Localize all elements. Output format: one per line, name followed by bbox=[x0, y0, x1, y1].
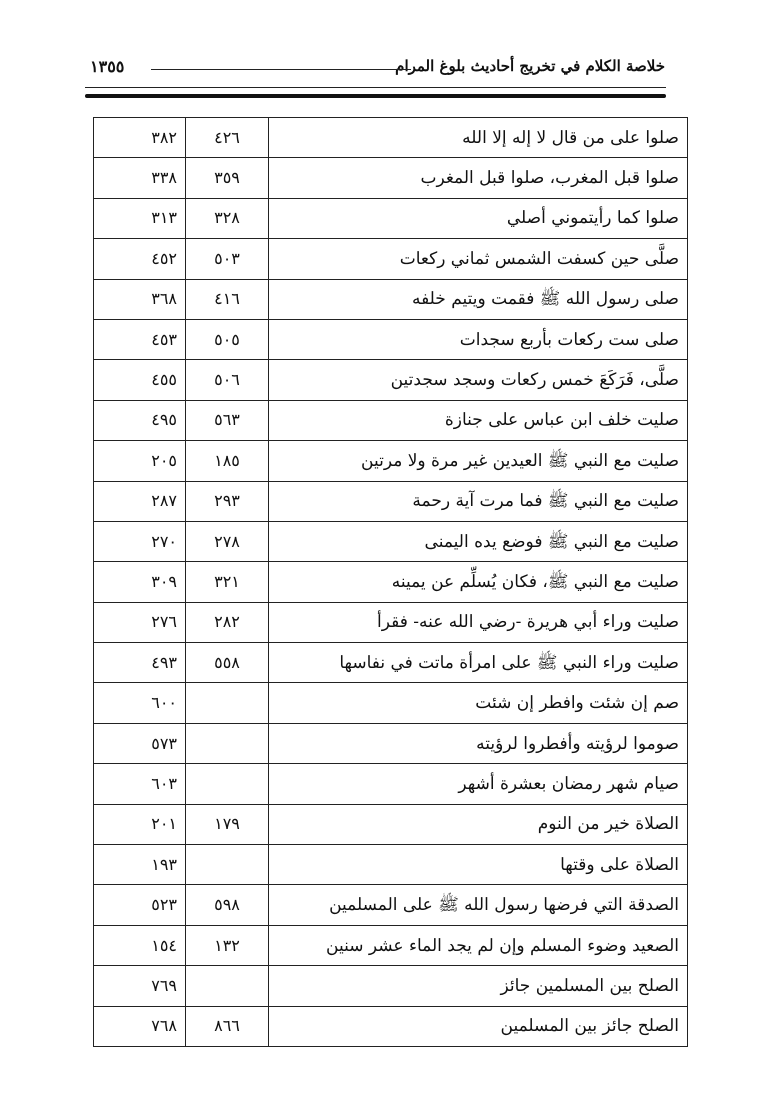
number-1-value: ٥٠٦ bbox=[214, 370, 240, 390]
table-row: الصلح جائز بين المسلمين٨٦٦٧٦٨ bbox=[94, 1006, 688, 1046]
table-row: صلى رسول الله ﷺ فقمت ويتيم خلفه٤١٦٣٦٨ bbox=[94, 279, 688, 319]
number-cell-1 bbox=[186, 845, 269, 885]
hadith-text-cell: صوموا لرؤيته وأفطروا لرؤيته bbox=[269, 723, 688, 763]
number-cell-1: ٥٠٥ bbox=[186, 319, 269, 359]
number-cell-1: ٢٨٢ bbox=[186, 602, 269, 642]
hadith-text-cell: الصلح جائز بين المسلمين bbox=[269, 1006, 688, 1046]
number-1-value: ٣٢٨ bbox=[214, 208, 240, 228]
number-cell-2: ٣٨٢ bbox=[94, 118, 186, 158]
number-cell-2: ٤٩٥ bbox=[94, 400, 186, 440]
header-rule-thin bbox=[85, 87, 666, 88]
table-row: صلَّى، فَرَكَعَ خمس ركعات وسجد سجدتين٥٠٦… bbox=[94, 360, 688, 400]
hadith-text-cell: صليت وراء أبي هريرة -رضي الله عنه- فقرأ bbox=[269, 602, 688, 642]
number-cell-1: ١٨٥ bbox=[186, 441, 269, 481]
hadith-text-cell: صليت مع النبي ﷺ العيدين غير مرة ولا مرتي… bbox=[269, 441, 688, 481]
number-cell-2: ٥٢٣ bbox=[94, 885, 186, 925]
book-title: خلاصة الكلام في تخريج أحاديث بلوغ المرام bbox=[395, 54, 665, 78]
number-1-value: ٤٢٦ bbox=[214, 128, 240, 148]
table-row: صلوا على من قال لا إله إلا الله٤٢٦٣٨٢ bbox=[94, 118, 688, 158]
hadith-text-cell: صليت خلف ابن عباس على جنازة bbox=[269, 400, 688, 440]
hadith-text-cell: صليت مع النبي ﷺ فما مرت آية رحمة bbox=[269, 481, 688, 521]
number-1-value: ٥٠٣ bbox=[214, 249, 240, 269]
number-2-value: ٤٩٥ bbox=[151, 410, 177, 430]
table-row: صليت مع النبي ﷺ العيدين غير مرة ولا مرتي… bbox=[94, 441, 688, 481]
table-row: صليت مع النبي ﷺ فوضع يده اليمنى٢٧٨٢٧٠ bbox=[94, 521, 688, 561]
number-1-value: ٥٩٨ bbox=[214, 895, 240, 915]
number-cell-1: ١٧٩ bbox=[186, 804, 269, 844]
table-row: الصدقة التي فرضها رسول الله ﷺ على المسلم… bbox=[94, 885, 688, 925]
number-2-value: ٥٧٣ bbox=[151, 734, 177, 754]
number-1-value: ١٧٩ bbox=[214, 814, 240, 834]
hadith-text-cell: صلَّى حين كسفت الشمس ثماني ركعات bbox=[269, 239, 688, 279]
table-row: الصعيد وضوء المسلم وإن لم يجد الماء عشر … bbox=[94, 925, 688, 965]
hadith-text-cell: الصلاة خير من النوم bbox=[269, 804, 688, 844]
hadith-text-cell: صلى رسول الله ﷺ فقمت ويتيم خلفه bbox=[269, 279, 688, 319]
number-1-value: ١٣٢ bbox=[214, 936, 240, 956]
hadith-text-cell: صليت وراء النبي ﷺ على امرأة ماتت في نفاس… bbox=[269, 643, 688, 683]
number-cell-1 bbox=[186, 966, 269, 1006]
number-2-value: ٢٠٥ bbox=[151, 451, 177, 471]
number-2-value: ٢٠١ bbox=[151, 814, 177, 834]
number-cell-2: ٣٠٩ bbox=[94, 562, 186, 602]
number-cell-2: ٧٦٨ bbox=[94, 1006, 186, 1046]
number-1-value: ٣٥٩ bbox=[214, 168, 240, 188]
number-cell-1: ٣٥٩ bbox=[186, 158, 269, 198]
number-2-value: ٣٣٨ bbox=[151, 168, 177, 188]
number-1-value: ٣٢١ bbox=[214, 572, 240, 592]
number-2-value: ٢٨٧ bbox=[151, 491, 177, 511]
number-cell-2: ٤٥٣ bbox=[94, 319, 186, 359]
number-cell-2: ٢٧٠ bbox=[94, 521, 186, 561]
table-row: صليت مع النبي ﷺ فما مرت آية رحمة٢٩٣٢٨٧ bbox=[94, 481, 688, 521]
number-cell-2: ١٥٤ bbox=[94, 925, 186, 965]
number-cell-1: ٤١٦ bbox=[186, 279, 269, 319]
number-cell-1: ٥٩٨ bbox=[186, 885, 269, 925]
number-1-value: ٨٦٦ bbox=[214, 1016, 240, 1036]
hadith-text-cell: صلَّى، فَرَكَعَ خمس ركعات وسجد سجدتين bbox=[269, 360, 688, 400]
number-2-value: ٥٢٣ bbox=[151, 895, 177, 915]
number-1-value: ٥٥٨ bbox=[214, 653, 240, 673]
table-row: الصلح بين المسلمين جائز٧٦٩ bbox=[94, 966, 688, 1006]
number-1-value: ١٨٥ bbox=[214, 451, 240, 471]
hadith-text-cell: صلوا قبل المغرب، صلوا قبل المغرب bbox=[269, 158, 688, 198]
number-cell-2: ٧٦٩ bbox=[94, 966, 186, 1006]
number-2-value: ١٥٤ bbox=[151, 936, 177, 956]
number-1-value: ٥٦٣ bbox=[214, 410, 240, 430]
number-2-value: ٤٥٥ bbox=[151, 370, 177, 390]
number-cell-2: ٢٧٦ bbox=[94, 602, 186, 642]
number-cell-1: ٢٧٨ bbox=[186, 521, 269, 561]
number-cell-2: ٤٩٣ bbox=[94, 643, 186, 683]
table-row: صيام شهر رمضان بعشرة أشهر٦٠٣ bbox=[94, 764, 688, 804]
number-2-value: ٢٧٦ bbox=[151, 612, 177, 632]
number-cell-1: ٥٠٣ bbox=[186, 239, 269, 279]
hadith-text-cell: صم إن شئت وافطر إن شئت bbox=[269, 683, 688, 723]
number-2-value: ٦٠٣ bbox=[151, 774, 177, 794]
number-cell-2: ١٩٣ bbox=[94, 845, 186, 885]
page-number: ١٣٥٥ bbox=[90, 56, 124, 78]
table-row: صم إن شئت وافطر إن شئت٦٠٠ bbox=[94, 683, 688, 723]
table-row: الصلاة خير من النوم١٧٩٢٠١ bbox=[94, 804, 688, 844]
hadith-text-cell: الصدقة التي فرضها رسول الله ﷺ على المسلم… bbox=[269, 885, 688, 925]
table-row: صلوا كما رأيتموني أصلي٣٢٨٣١٣ bbox=[94, 198, 688, 238]
table-row: الصلاة على وقتها١٩٣ bbox=[94, 845, 688, 885]
number-1-value: ٤١٦ bbox=[214, 289, 240, 309]
number-cell-1: ٣٢١ bbox=[186, 562, 269, 602]
hadith-text-cell: الصلح بين المسلمين جائز bbox=[269, 966, 688, 1006]
number-cell-1: ٥٠٦ bbox=[186, 360, 269, 400]
number-cell-1 bbox=[186, 764, 269, 804]
number-cell-2: ٦٠٣ bbox=[94, 764, 186, 804]
hadith-text-cell: صليت مع النبي ﷺ، فكان يُسلِّم عن يمينه bbox=[269, 562, 688, 602]
number-2-value: ٤٥٣ bbox=[151, 330, 177, 350]
number-cell-2: ٦٠٠ bbox=[94, 683, 186, 723]
number-2-value: ٦٠٠ bbox=[151, 693, 177, 713]
number-cell-1: ١٣٢ bbox=[186, 925, 269, 965]
number-2-value: ٣٠٩ bbox=[151, 572, 177, 592]
hadith-index-table: صلوا على من قال لا إله إلا الله٤٢٦٣٨٢صلو… bbox=[93, 117, 688, 1047]
number-cell-2: ٣١٣ bbox=[94, 198, 186, 238]
hadith-text-cell: الصلاة على وقتها bbox=[269, 845, 688, 885]
hadith-text-cell: صلوا كما رأيتموني أصلي bbox=[269, 198, 688, 238]
hadith-text-cell: صليت مع النبي ﷺ فوضع يده اليمنى bbox=[269, 521, 688, 561]
header-leader-rule bbox=[151, 69, 411, 70]
hadith-text-cell: صلوا على من قال لا إله إلا الله bbox=[269, 118, 688, 158]
number-1-value: ٢٧٨ bbox=[214, 532, 240, 552]
number-cell-2: ٥٧٣ bbox=[94, 723, 186, 763]
number-cell-2: ٤٥٢ bbox=[94, 239, 186, 279]
table-row: صليت مع النبي ﷺ، فكان يُسلِّم عن يمينه٣٢… bbox=[94, 562, 688, 602]
table-row: صليت وراء أبي هريرة -رضي الله عنه- فقرأ٢… bbox=[94, 602, 688, 642]
number-cell-1: ٨٦٦ bbox=[186, 1006, 269, 1046]
running-header: خلاصة الكلام في تخريج أحاديث بلوغ المرام… bbox=[85, 52, 665, 82]
number-cell-2: ٢٨٧ bbox=[94, 481, 186, 521]
hadith-text-cell: الصعيد وضوء المسلم وإن لم يجد الماء عشر … bbox=[269, 925, 688, 965]
number-cell-2: ٤٥٥ bbox=[94, 360, 186, 400]
number-2-value: ٤٥٢ bbox=[151, 249, 177, 269]
number-1-value: ٥٠٥ bbox=[214, 330, 240, 350]
number-1-value: ٢٩٣ bbox=[214, 491, 240, 511]
hadith-text-cell: صلى ست ركعات بأربع سجدات bbox=[269, 319, 688, 359]
number-cell-1 bbox=[186, 683, 269, 723]
table-row: صليت وراء النبي ﷺ على امرأة ماتت في نفاس… bbox=[94, 643, 688, 683]
number-cell-2: ٣٣٨ bbox=[94, 158, 186, 198]
number-cell-1: ٥٥٨ bbox=[186, 643, 269, 683]
number-cell-1: ٥٦٣ bbox=[186, 400, 269, 440]
number-2-value: ٣١٣ bbox=[151, 208, 177, 228]
number-2-value: ٢٧٠ bbox=[151, 532, 177, 552]
number-cell-1: ٤٢٦ bbox=[186, 118, 269, 158]
number-2-value: ٤٩٣ bbox=[151, 653, 177, 673]
number-1-value: ٢٨٢ bbox=[214, 612, 240, 632]
table-row: صلى ست ركعات بأربع سجدات٥٠٥٤٥٣ bbox=[94, 319, 688, 359]
number-cell-1 bbox=[186, 723, 269, 763]
number-2-value: ١٩٣ bbox=[151, 855, 177, 875]
table-row: صليت خلف ابن عباس على جنازة٥٦٣٤٩٥ bbox=[94, 400, 688, 440]
table-body: صلوا على من قال لا إله إلا الله٤٢٦٣٨٢صلو… bbox=[94, 118, 688, 1047]
hadith-text-cell: صيام شهر رمضان بعشرة أشهر bbox=[269, 764, 688, 804]
table-row: صلوا قبل المغرب، صلوا قبل المغرب٣٥٩٣٣٨ bbox=[94, 158, 688, 198]
table-row: صلَّى حين كسفت الشمس ثماني ركعات٥٠٣٤٥٢ bbox=[94, 239, 688, 279]
number-2-value: ٧٦٩ bbox=[151, 976, 177, 996]
header-rule-thick bbox=[85, 94, 666, 98]
number-cell-1: ٢٩٣ bbox=[186, 481, 269, 521]
number-cell-2: ٢٠٥ bbox=[94, 441, 186, 481]
number-2-value: ٣٨٢ bbox=[151, 128, 177, 148]
number-2-value: ٧٦٨ bbox=[151, 1016, 177, 1036]
number-cell-2: ٢٠١ bbox=[94, 804, 186, 844]
number-cell-2: ٣٦٨ bbox=[94, 279, 186, 319]
number-2-value: ٣٦٨ bbox=[151, 289, 177, 309]
table-row: صوموا لرؤيته وأفطروا لرؤيته٥٧٣ bbox=[94, 723, 688, 763]
number-cell-1: ٣٢٨ bbox=[186, 198, 269, 238]
